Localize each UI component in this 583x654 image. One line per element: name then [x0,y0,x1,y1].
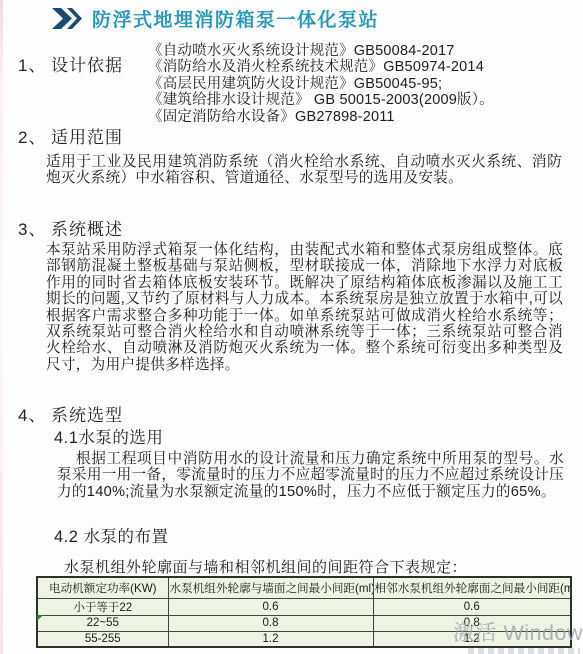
table-cell: 55-255 [37,631,168,647]
standard-item: 《固定消防给水设备》GB27898-2011 [148,109,494,125]
section-2-number: 2、 [18,123,51,148]
table-header-row: 电动机额定功率(KW) 水泵机组外轮廓与墙面之间最小间距(ml) 相邻水泵机组外… [37,577,571,598]
section-2-label: 适用范围 [51,123,123,148]
standard-item: 《高层民用建筑防火设计规范》GB50045-95; [148,76,494,92]
section-1-number: 1、 [18,51,51,76]
table-intro-text: 水泵机组外轮廓面与墙和相邻机组间的间距符合下表规定： [64,556,467,577]
page-title: 防浮式地埋消防箱泵一体化泵站 [92,5,379,32]
section-2-heading: 2、 适用范围 [18,123,123,148]
watermark-second-line [468,648,580,654]
section-4-2-heading: 4.2 水泵的布置 [54,523,169,547]
section-3-number: 3、 [18,215,51,240]
standard-item: 《消防给水及消火栓系统技术规范》GB50974-2014 [148,59,494,75]
section-1-label: 设计依据 [51,51,123,76]
table-row: 小于等于22 0.6 0.6 [37,598,571,615]
scan-edge-artifact [0,0,3,654]
section-3-paragraph: 本泵站采用防浮式箱泵一体化结构，由装配式水箱和整体式泵房组成整体。底部钢筋混凝土… [46,242,563,373]
standards-list: 《自动喷水灭火系统设计规范》GB50084-2017 《消防给水及消火栓系统技术… [148,43,494,125]
section-1-heading: 1、 设计依据 [18,51,123,76]
table-cell: 小于等于22 [37,598,168,615]
table-cell: 0.8 [168,615,373,631]
table-cell: 22~55 [37,615,168,631]
section-4-1-heading: 4.1水泵的选用 [54,424,163,448]
cell-comment-marker-icon [37,615,43,621]
section-3-label: 系统概述 [51,215,123,240]
activate-windows-watermark: 激活 Window [453,616,583,647]
document-page: 防浮式地埋消防箱泵一体化泵站 1、 设计依据 《自动喷水灭火系统设计规范》GB5… [0,0,583,654]
standard-item: 《自动喷水灭火系统设计规范》GB50084-2017 [148,43,494,59]
section-2-paragraph: 适用于工业及民用建筑消防系统（消火栓给水系统、自动喷水灭火系统、消防炮灭火系统）… [46,154,562,187]
section-3-heading: 3、 系统概述 [18,215,123,240]
table-cell: 1.2 [168,631,373,647]
section-4-label: 系统选型 [51,401,123,426]
standard-item: 《建筑给排水设计规范》 GB 50015-2003(2009版）。 [148,92,494,108]
section-4-1-paragraph: 根据工程项目中消防用水的设计流量和压力确定系统中所用泵的型号。水泵采用一用一备，… [57,451,564,500]
table-cell: 0.6 [168,598,373,615]
table-header-cell: 相邻水泵机组外轮廓面之间最小间距(m) [373,577,571,598]
double-chevron-icon [52,8,82,29]
table-header-cell: 水泵机组外轮廓与墙面之间最小间距(ml) [168,577,373,598]
page-header: 防浮式地埋消防箱泵一体化泵站 [52,5,379,32]
table-header-cell: 电动机额定功率(KW) [37,577,168,598]
section-4-number: 4、 [18,401,51,426]
table-cell: 0.6 [373,598,571,615]
section-4-heading: 4、 系统选型 [18,401,123,426]
